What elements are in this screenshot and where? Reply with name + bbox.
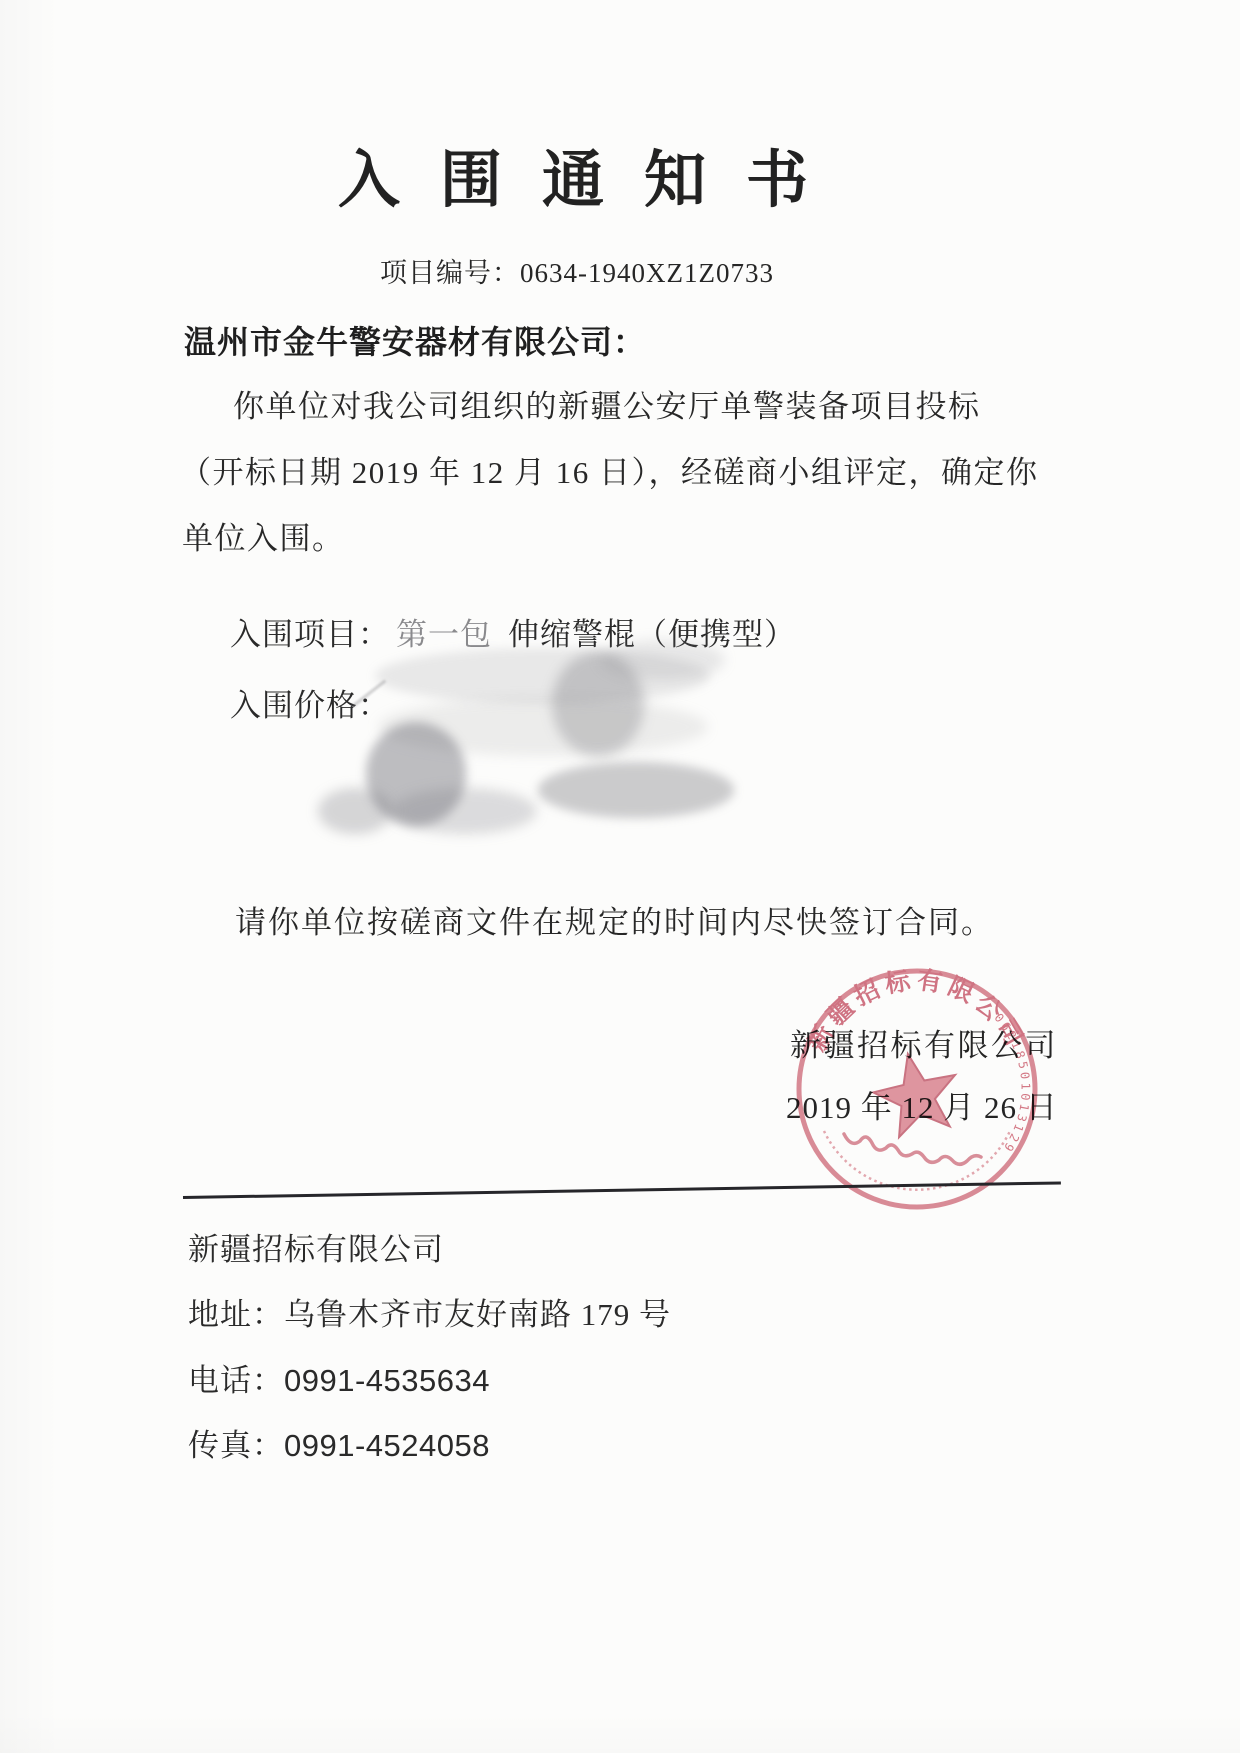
project-number-label: 项目编号： xyxy=(380,258,520,288)
price-redaction-smudge xyxy=(538,762,734,818)
footer-fax-line: 传真：0991-4524058 xyxy=(188,1428,490,1464)
footer-address-line: 地址：乌鲁木齐市友好南路 179 号 xyxy=(188,1297,671,1333)
closing-sentence: 请你单位按磋商文件在规定的时间内尽快签订合同。 xyxy=(235,905,994,941)
footer-phone-label: 电话： xyxy=(188,1363,284,1398)
price-redaction-smudge xyxy=(318,788,392,834)
price-redaction-smudge xyxy=(392,788,537,834)
scanned-document-page: 入围通知书 项目编号：0634-1940XZ1Z0733 温州市金牛警安器材有限… xyxy=(0,0,1240,1753)
body-paragraph-line-3: 单位入围。 xyxy=(182,521,345,557)
addressee-company: 温州市金牛警安器材有限公司： xyxy=(184,324,646,361)
footer-fax-label: 传真： xyxy=(188,1428,284,1463)
shortlist-project-value: 伸缩警棍（便携型） xyxy=(508,617,796,652)
footer-address-value: 乌鲁木齐市友好南路 179 号 xyxy=(284,1297,671,1332)
seal-arc-company-text: 新疆招标有限公司 xyxy=(802,966,1030,1056)
document-title: 入围通知书 xyxy=(338,146,848,217)
seal-micro-text-arc xyxy=(824,1131,1010,1190)
shortlist-project-label: 入围项目： xyxy=(230,617,390,652)
shortlist-project-line: 入围项目：第一包伸缩警棍（便携型） xyxy=(230,617,796,653)
seal-graphic: 新疆招标有限公司 06218501013129 xyxy=(794,966,1040,1212)
body-paragraph-line-2: （开标日期 2019 年 12 月 16 日），经磋商小组评定，确定你 xyxy=(180,455,1039,491)
price-redaction-smudge xyxy=(552,652,644,756)
footer-address-label: 地址： xyxy=(188,1297,284,1332)
project-number-value: 0634-1940XZ1Z0733 xyxy=(520,258,774,288)
company-seal-stamp: 新疆招标有限公司 06218501013129 xyxy=(794,966,1040,1212)
price-redaction-smudge xyxy=(378,698,708,756)
price-redaction-smudge xyxy=(375,648,710,704)
seal-uyghur-script-squiggle xyxy=(844,1134,981,1164)
footer-phone-value: 0991-4535634 xyxy=(284,1363,490,1398)
seal-star-icon xyxy=(867,1045,965,1140)
project-number-line: 项目编号：0634-1940XZ1Z0733 xyxy=(380,258,774,289)
footer-phone-line: 电话：0991-4535634 xyxy=(188,1363,490,1399)
shortlist-package-number: 第一包 xyxy=(396,617,492,652)
footer-fax-value: 0991-4524058 xyxy=(284,1428,490,1463)
footer-company: 新疆招标有限公司 xyxy=(188,1232,444,1268)
price-redaction-smudge xyxy=(366,722,466,826)
body-paragraph-line-1: 你单位对我公司组织的新疆公安厅单警装备项目投标 xyxy=(233,389,981,425)
